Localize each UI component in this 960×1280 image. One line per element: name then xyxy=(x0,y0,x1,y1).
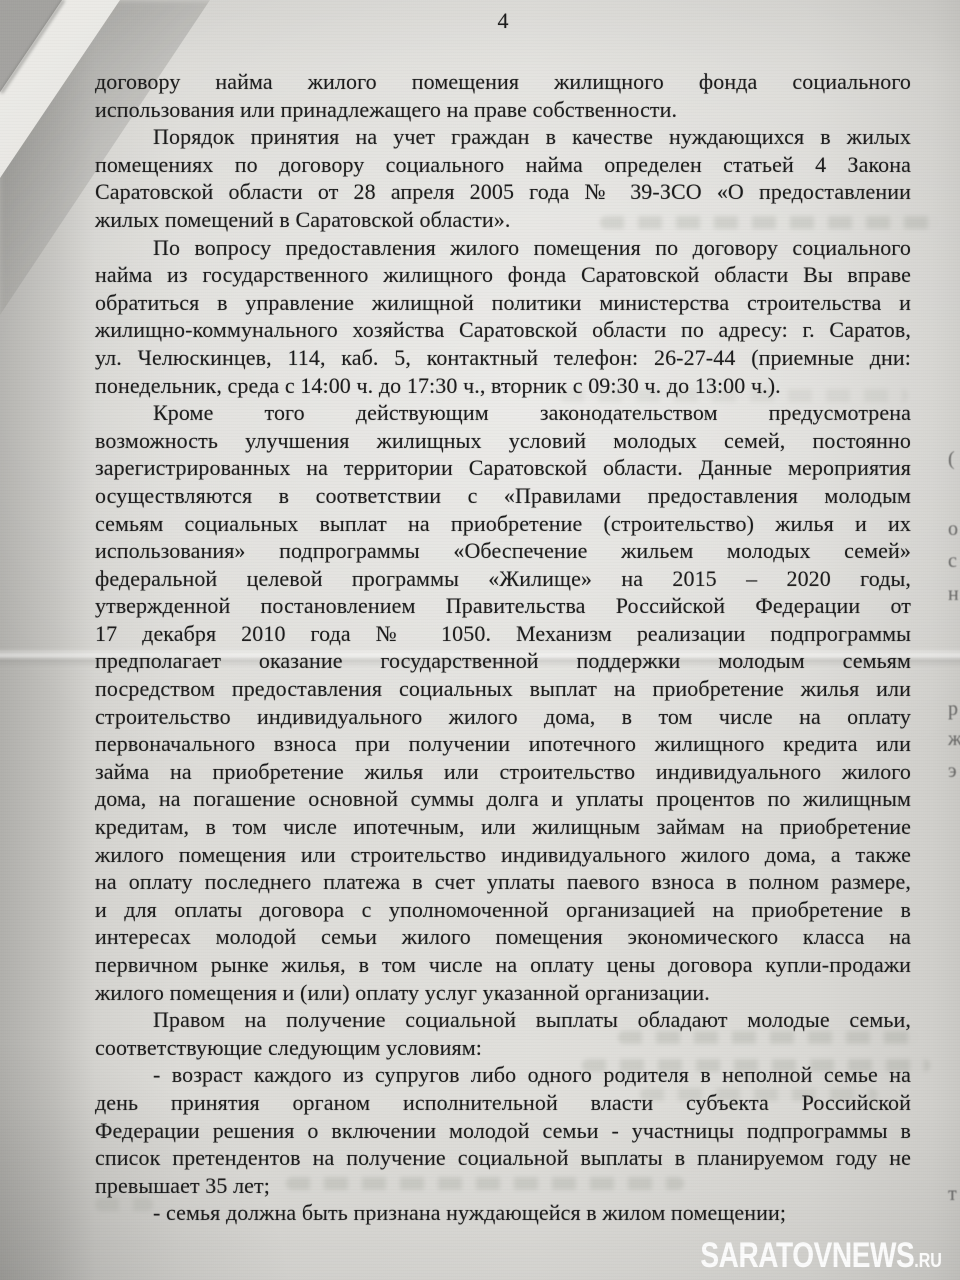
text-line: интересах молодой семьи жилого помещения… xyxy=(95,923,911,951)
text-line: Порядок принятия на учет граждан в качес… xyxy=(95,123,911,151)
corner-fold-edge-line xyxy=(0,0,65,94)
text-line: жилых помещений в Саратовской области». xyxy=(95,206,911,234)
text-line: Правом на получение социальной выплаты о… xyxy=(95,1006,911,1034)
edge-glyph-fragment: т xyxy=(948,1183,957,1206)
text-line: превышает 35 лет; xyxy=(95,1172,911,1200)
text-line: найма из государственного жилищного фонд… xyxy=(95,261,911,289)
document-text: договору найма жилого помещения жилищног… xyxy=(95,68,911,1227)
edge-glyph-fragment: ( xyxy=(948,448,955,471)
text-line: Саратовской области от 28 апреля 2005 го… xyxy=(95,178,911,206)
edge-glyph-fragment: н xyxy=(948,583,959,606)
text-line: жилого помещения и (или) оплату услуг ук… xyxy=(95,979,911,1007)
text-line: посредством предоставления социальных вы… xyxy=(95,675,911,703)
text-line: Кроме того действующим законодательством… xyxy=(95,399,911,427)
text-line: жилищно-коммунального хозяйства Саратовс… xyxy=(95,316,911,344)
text-line: список претендентов на получение социаль… xyxy=(95,1144,911,1172)
text-line: возможность улучшения жилищных условий м… xyxy=(95,427,911,455)
text-line: строительство индивидуального жилого дом… xyxy=(95,703,911,731)
text-line: на оплату последнего платежа в счет упла… xyxy=(95,868,911,896)
text-line: кредитам, в том числе ипотечным, или жил… xyxy=(95,813,911,841)
text-line: первичном рынке жилья, в том числе на оп… xyxy=(95,951,911,979)
text-line: семьям социальных выплат на приобретение… xyxy=(95,510,911,538)
text-line: - семья должна быть признана нуждающейся… xyxy=(95,1199,911,1227)
text-line: соответствующие следующим условиям: xyxy=(95,1034,911,1062)
text-line: 17 декабря 2010 года № 1050. Механизм ре… xyxy=(95,620,911,648)
text-line: предполагает оказание государственной по… xyxy=(95,647,911,675)
text-line: ул. Челюскинцев, 114, каб. 5, контактный… xyxy=(95,344,911,372)
text-line: помещениях по договору социального найма… xyxy=(95,151,911,179)
watermark-suffix-text: .RU xyxy=(914,1250,942,1272)
text-line: обратиться в управление жилищной политик… xyxy=(95,289,911,317)
edge-glyph-fragment: с xyxy=(948,550,957,573)
text-line: день принятия органом исполнительной вла… xyxy=(95,1089,911,1117)
text-line: Федерации решения о включении молодой се… xyxy=(95,1117,911,1145)
text-line: использования или принадлежащего на прав… xyxy=(95,96,911,124)
edge-glyph-fragment: ж xyxy=(948,728,960,751)
text-line: использования» подпрограммы «Обеспечение… xyxy=(95,537,911,565)
text-line: понедельник, среда с 14:00 ч. до 17:30 ч… xyxy=(95,372,911,400)
watermark: SARATOVNEWS.RU xyxy=(701,1236,942,1276)
text-line: дома, на погашение основной суммы долга … xyxy=(95,785,911,813)
text-line: займа на приобретение жилья или строител… xyxy=(95,758,911,786)
edge-glyph-fragment: э xyxy=(948,760,957,783)
text-line: утвержденной постановлением Правительств… xyxy=(95,592,911,620)
page-number: 4 xyxy=(95,8,911,34)
text-line: осуществляются в соответствии с «Правила… xyxy=(95,482,911,510)
text-line: федеральной целевой программы «Жилище» н… xyxy=(95,565,911,593)
edge-glyph-fragment: о xyxy=(948,518,958,541)
text-line: первоначального взноса при получении ипо… xyxy=(95,730,911,758)
edge-fragments: (оснржэт xyxy=(946,0,960,1280)
text-line: и для оплаты договора с уполномоченной о… xyxy=(95,896,911,924)
text-line: По вопросу предоставления жилого помещен… xyxy=(95,234,911,262)
text-line: - возраст каждого из супругов либо одног… xyxy=(95,1061,911,1089)
text-line: зарегистрированных на территории Саратов… xyxy=(95,454,911,482)
edge-glyph-fragment: р xyxy=(948,698,958,721)
text-line: договору найма жилого помещения жилищног… xyxy=(95,68,911,96)
watermark-main-text: SARATOVNEWS xyxy=(701,1236,915,1275)
scanned-page-photo: 4 договору найма жилого помещения жилищн… xyxy=(0,0,960,1280)
text-line: жилого помещения или строительство индив… xyxy=(95,841,911,869)
